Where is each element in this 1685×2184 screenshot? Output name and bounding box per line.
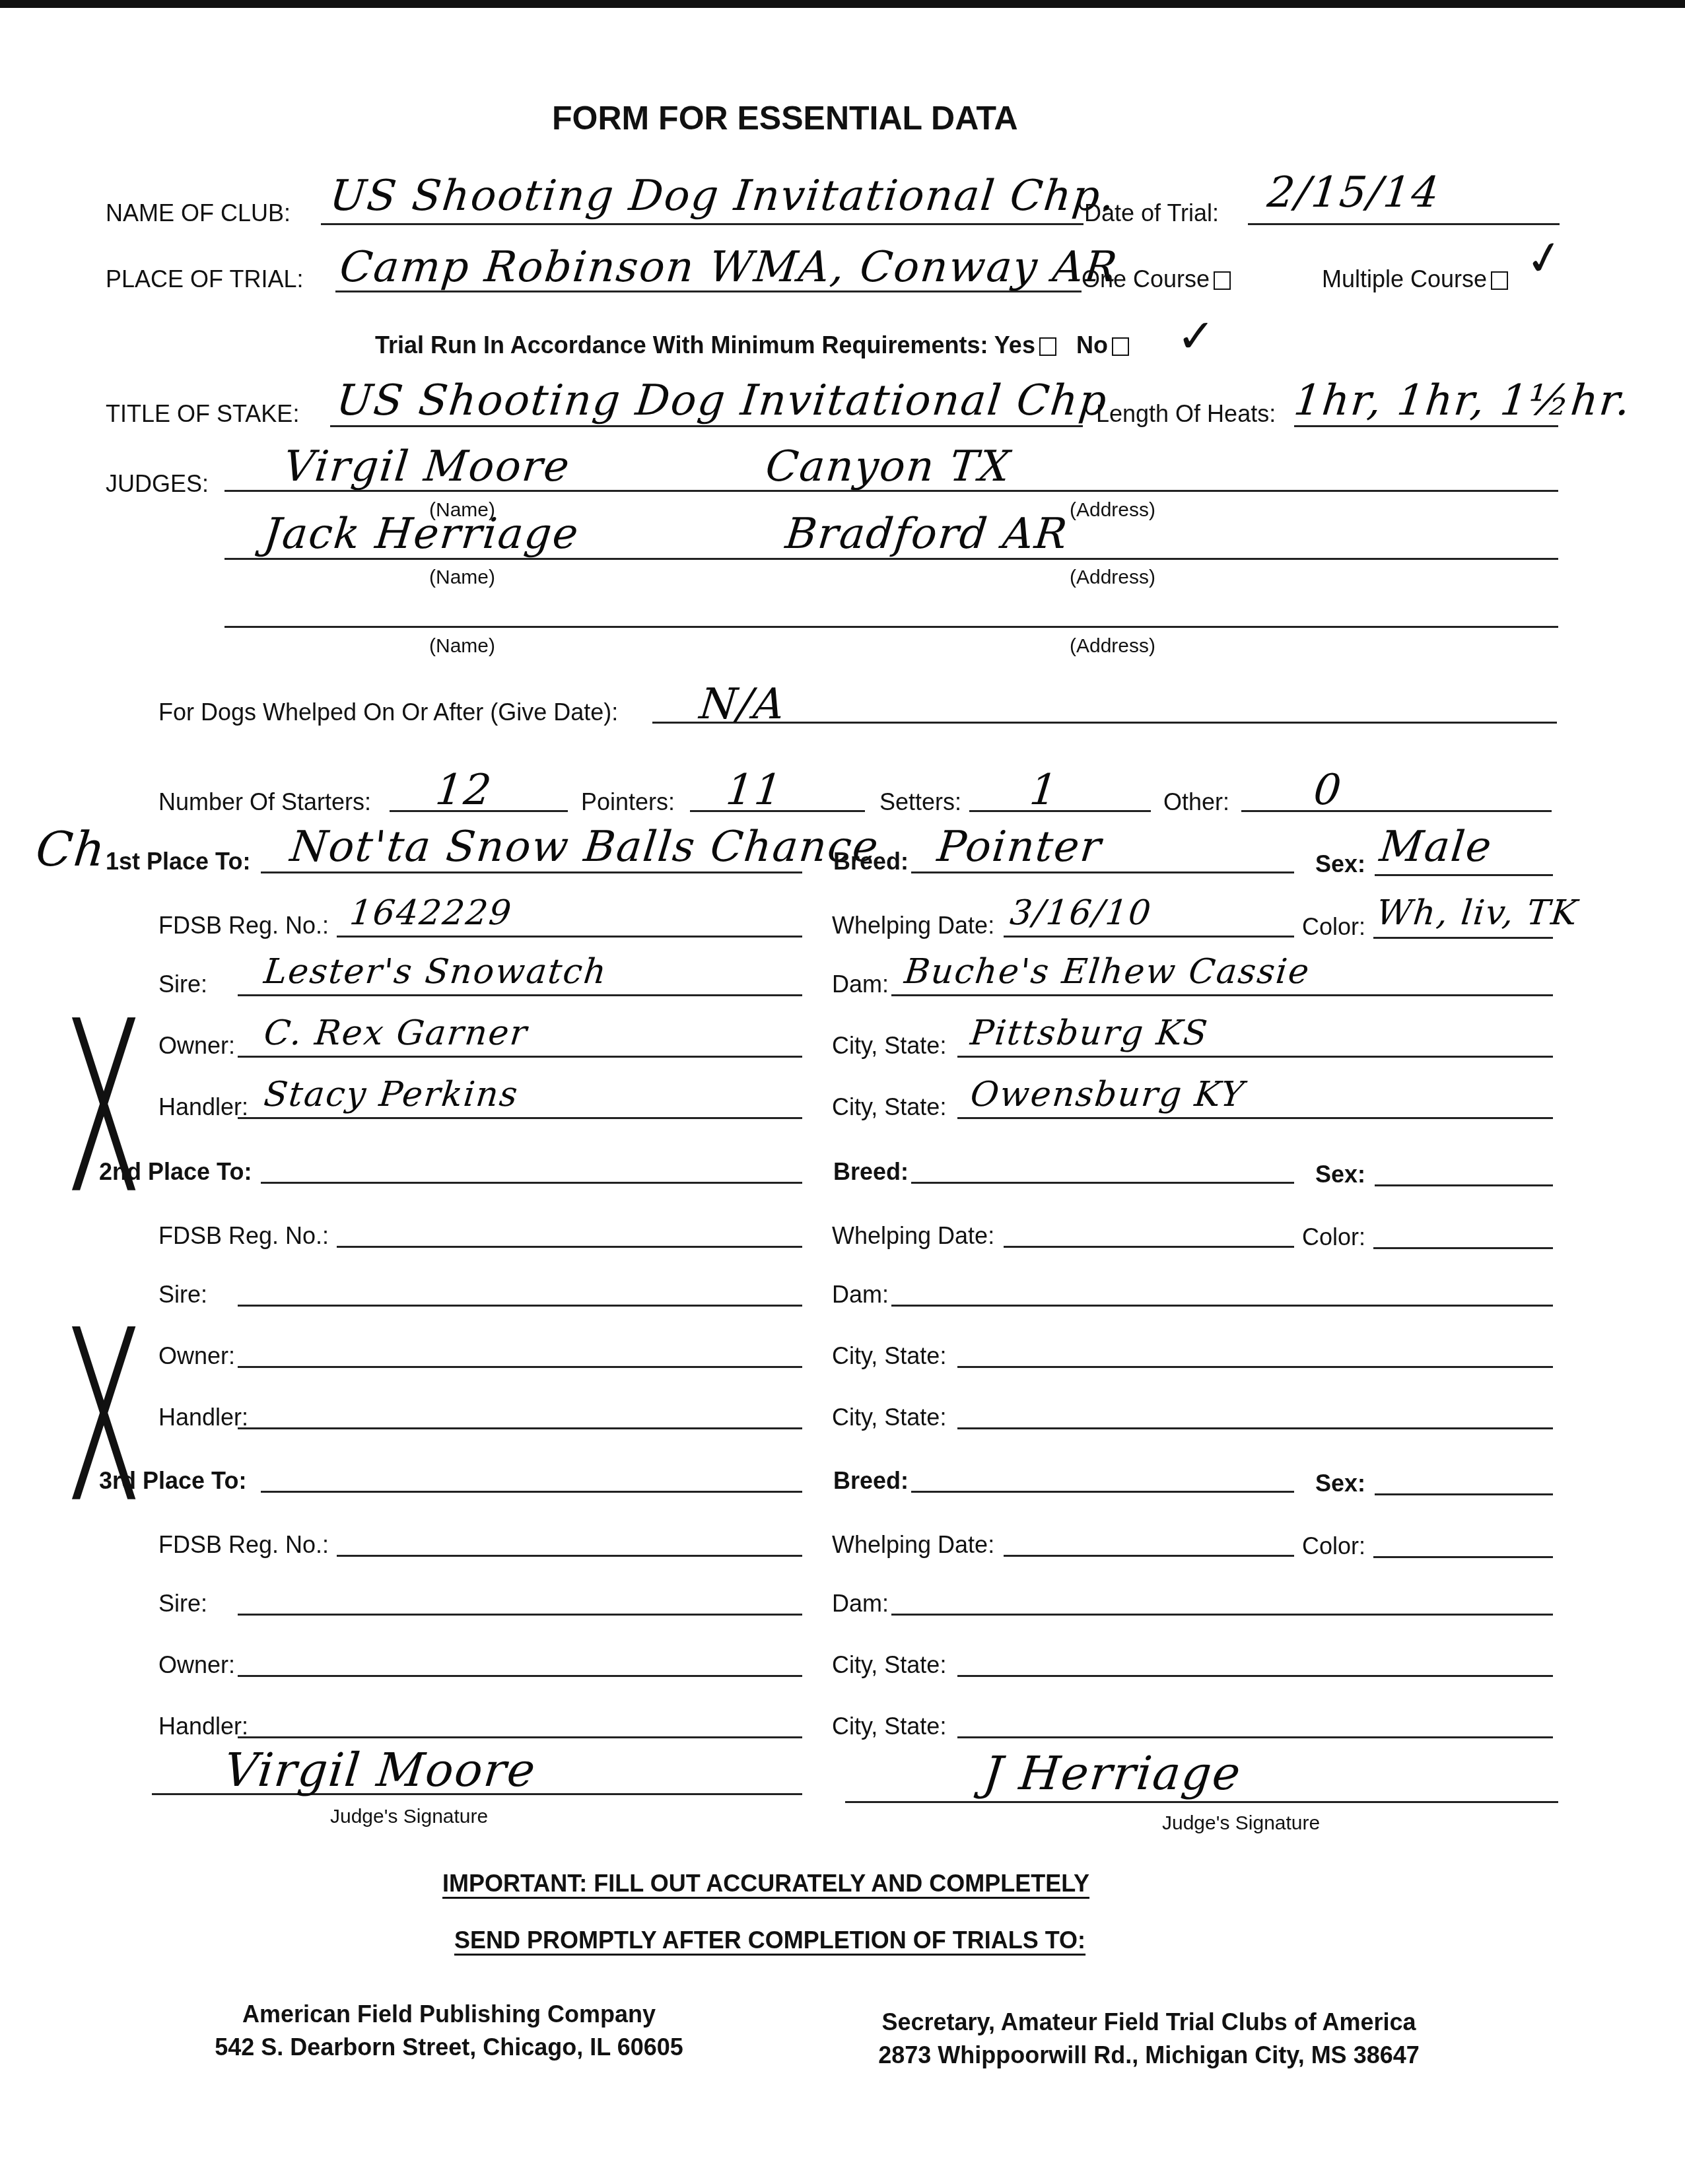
whelped-label: For Dogs Whelped On Or After (Give Date)…: [158, 699, 618, 726]
place-3-handler_city-line: [957, 1736, 1553, 1738]
other-label: Other:: [1163, 788, 1229, 816]
place-3-handler-line: [238, 1736, 802, 1738]
one-course-label: One Course: [1082, 265, 1210, 292]
judge-2-name-field[interactable]: Jack Herriage: [261, 510, 582, 559]
place-1-handler-line: [238, 1117, 802, 1119]
place-1-champion-note: Ch: [34, 821, 109, 877]
place-1-fdsb-field[interactable]: 1642229: [348, 893, 514, 933]
judge-1-address-field[interactable]: Canyon TX: [763, 442, 1014, 491]
publisher-address: 542 S. Dearborn Street, Chicago, IL 6060…: [185, 2033, 713, 2061]
judge-2-address-caption: (Address): [1070, 566, 1155, 589]
place-1-whelping-field[interactable]: 3/16/10: [1008, 893, 1154, 933]
place-1-owner-line: [238, 1056, 802, 1058]
whelped-line: [652, 722, 1557, 724]
place-3-crossed-out-mark-icon: ╳: [76, 1340, 131, 1488]
place-1-fdsb-line: [337, 936, 802, 938]
one-course-box[interactable]: [1214, 271, 1231, 290]
place-1-handler-label: Handler:: [158, 1093, 248, 1121]
place-3-color-line: [1373, 1556, 1553, 1558]
stake-line: [330, 425, 1083, 427]
place-3-color-label: Color:: [1302, 1532, 1365, 1560]
place-2-breed-line: [911, 1182, 1294, 1184]
place-1-sex-field[interactable]: Male: [1377, 823, 1495, 871]
scan-edge: [0, 0, 1685, 8]
stake-label: TITLE OF STAKE:: [106, 400, 299, 428]
yes-checkmark-icon: ✓: [1177, 309, 1216, 363]
place-1-dog-field[interactable]: Not'ta Snow Balls Chance: [288, 823, 881, 871]
place-1-fdsb-label: FDSB Reg. No.:: [158, 912, 329, 939]
place-2-sex-line: [1375, 1184, 1553, 1186]
place-3-handler_city-label: City, State:: [832, 1713, 946, 1740]
place-2-dam-label: Dam:: [832, 1281, 889, 1309]
no-label: No: [1076, 331, 1108, 358]
place-1-handler_city-field[interactable]: Owensburg KY: [969, 1075, 1247, 1114]
date-field[interactable]: 2/15/14: [1265, 168, 1442, 217]
publisher-name: American Field Publishing Company: [185, 2000, 713, 2028]
place-1-owner_city-line: [957, 1056, 1553, 1058]
place-2-handler_city-line: [957, 1427, 1553, 1429]
pointers-field[interactable]: 11: [724, 766, 785, 815]
place-field[interactable]: Camp Robinson WMA, Conway AR: [337, 243, 1120, 292]
place-2-fdsb-line: [337, 1246, 802, 1248]
signature-left-caption: Judge's Signature: [330, 1806, 488, 1828]
setters-label: Setters:: [879, 788, 961, 816]
place-1-color-field[interactable]: Wh, liv, TK: [1375, 893, 1580, 933]
place-2-handler-line: [238, 1427, 802, 1429]
place-2-owner-label: Owner:: [158, 1342, 235, 1370]
place-3-fdsb-line: [337, 1555, 802, 1557]
judge-1-name-field[interactable]: Virgil Moore: [281, 442, 572, 491]
place-3-owner-label: Owner:: [158, 1651, 235, 1679]
judge-3-line: [224, 626, 1558, 628]
club-field[interactable]: US Shooting Dog Invitational Chp.: [327, 172, 1118, 221]
multiple-course-checkmark-icon: ✓: [1521, 228, 1568, 289]
place-1-sex-label: Sex:: [1315, 850, 1365, 878]
place-3-fdsb-label: FDSB Reg. No.:: [158, 1531, 329, 1559]
judge-2-address-field[interactable]: Bradford AR: [783, 510, 1070, 559]
signature-left-field[interactable]: Virgil Moore: [222, 1743, 539, 1797]
date-line: [1248, 223, 1560, 225]
place-2-handler_city-label: City, State:: [832, 1404, 946, 1431]
secretary-address: 2873 Whippoorwill Rd., Michigan City, MS…: [852, 2041, 1446, 2069]
place-3-sex-line: [1375, 1493, 1553, 1495]
place-2-breed-label: Breed:: [833, 1158, 909, 1186]
stake-field[interactable]: US Shooting Dog Invitational Chp: [334, 376, 1110, 425]
place-2-owner-line: [238, 1366, 802, 1368]
place-1-dam-label: Dam:: [832, 971, 889, 998]
requirements-label: Trial Run In Accordance With Minimum Req…: [375, 331, 988, 358]
place-3-dam-line: [891, 1614, 1553, 1616]
pointers-label: Pointers:: [581, 788, 675, 816]
judge-1-address-caption: (Address): [1070, 499, 1155, 522]
place-1-label: 1st Place To:: [106, 848, 250, 875]
place-2-whelping-label: Whelping Date:: [832, 1222, 994, 1250]
place-3-sire-line: [238, 1614, 802, 1616]
important-note: IMPORTANT: FILL OUT ACCURATELY AND COMPL…: [442, 1870, 1089, 1897]
whelped-field[interactable]: N/A: [697, 680, 788, 729]
place-1-whelping-line: [1004, 936, 1294, 938]
place-3-sire-label: Sire:: [158, 1590, 207, 1618]
place-2-sire-line: [238, 1305, 802, 1307]
yes-checkbox[interactable]: [1039, 337, 1056, 356]
place-3-whelping-line: [1004, 1555, 1294, 1557]
multiple-course-box[interactable]: [1491, 271, 1508, 290]
place-2-fdsb-label: FDSB Reg. No.:: [158, 1222, 329, 1250]
place-1-owner-field[interactable]: C. Rex Garner: [262, 1013, 530, 1053]
no-checkbox[interactable]: [1112, 337, 1129, 356]
place-1-dam-field[interactable]: Buche's Elhew Cassie: [903, 952, 1312, 992]
place-1-breed-label: Breed:: [833, 848, 909, 875]
place-1-sire-field[interactable]: Lester's Snowatch: [262, 952, 609, 992]
setters-line: [969, 810, 1151, 812]
place-1-handler-field[interactable]: Stacy Perkins: [262, 1075, 520, 1114]
place-1-dog-line: [261, 871, 802, 873]
place-2-crossed-out-mark-icon: ╳: [76, 1031, 131, 1179]
requirements-row: Trial Run In Accordance With Minimum Req…: [375, 331, 1129, 359]
place-3-dog-line: [261, 1491, 802, 1493]
place-2-owner_city-line: [957, 1366, 1553, 1368]
place-3-owner_city-line: [957, 1675, 1553, 1677]
multiple-course-label: Multiple Course: [1322, 265, 1487, 292]
starters-label: Number Of Starters:: [158, 788, 371, 816]
place-1-owner-label: Owner:: [158, 1032, 235, 1060]
other-field[interactable]: 0: [1311, 766, 1344, 815]
place-2-color-label: Color:: [1302, 1223, 1365, 1251]
heats-line: [1294, 425, 1558, 427]
place-1-sex-line: [1375, 874, 1553, 876]
place-1-dam-line: [891, 994, 1553, 996]
place-3-owner_city-label: City, State:: [832, 1651, 946, 1679]
place-2-handler-label: Handler:: [158, 1404, 248, 1431]
place-2-owner_city-label: City, State:: [832, 1342, 946, 1370]
place-1-handler_city-label: City, State:: [832, 1093, 946, 1121]
place-3-whelping-label: Whelping Date:: [832, 1531, 994, 1559]
place-1-breed-line: [911, 871, 1294, 873]
secretary-name: Secretary, Amateur Field Trial Clubs of …: [852, 2008, 1446, 2036]
judge-3-address-caption: (Address): [1070, 635, 1155, 658]
club-line: [321, 223, 1083, 225]
date-label: Date of Trial:: [1084, 199, 1219, 227]
place-1-sire-line: [238, 994, 802, 996]
heats-field[interactable]: 1hr, 1hr, 1½hr.: [1291, 376, 1633, 425]
place-3-sex-label: Sex:: [1315, 1470, 1365, 1497]
place-1-handler_city-line: [957, 1117, 1553, 1119]
judges-label: JUDGES:: [106, 470, 209, 498]
place-2-dog-line: [261, 1182, 802, 1184]
yes-label: Yes: [994, 331, 1035, 358]
heats-label: Length Of Heats:: [1096, 400, 1276, 428]
place-1-color-label: Color:: [1302, 913, 1365, 941]
place-3-breed-line: [911, 1491, 1294, 1493]
other-line: [1241, 810, 1552, 812]
place-2-color-line: [1373, 1247, 1553, 1249]
place-3-dam-label: Dam:: [832, 1590, 889, 1618]
setters-field[interactable]: 1: [1027, 766, 1060, 815]
place-1-breed-field[interactable]: Pointer: [935, 823, 1105, 871]
place-1-color-line: [1373, 937, 1553, 939]
form-title: FORM FOR ESSENTIAL DATA: [552, 99, 1018, 137]
signature-right-caption: Judge's Signature: [1162, 1812, 1320, 1835]
place-2-sex-label: Sex:: [1315, 1161, 1365, 1188]
place-3-handler-label: Handler:: [158, 1713, 248, 1740]
multiple-course-checkbox[interactable]: Multiple Course: [1322, 265, 1508, 293]
place-1-sire-label: Sire:: [158, 971, 207, 998]
place-1-owner_city-label: City, State:: [832, 1032, 946, 1060]
send-note: SEND PROMPTLY AFTER COMPLETION OF TRIALS…: [454, 1927, 1085, 1954]
starters-field[interactable]: 12: [433, 766, 495, 815]
signature-right-line: [845, 1801, 1558, 1803]
place-2-dam-line: [891, 1305, 1553, 1307]
place-label: PLACE OF TRIAL:: [106, 265, 303, 293]
one-course-checkbox[interactable]: One Course: [1082, 265, 1231, 293]
signature-right-field[interactable]: J Herriage: [981, 1746, 1245, 1800]
place-1-owner_city-field[interactable]: Pittsburg KS: [969, 1013, 1210, 1053]
judge-3-name-caption: (Name): [429, 635, 495, 658]
place-3-breed-label: Breed:: [833, 1467, 909, 1495]
judge-2-name-caption: (Name): [429, 566, 495, 589]
place-1-whelping-label: Whelping Date:: [832, 912, 994, 939]
club-label: NAME OF CLUB:: [106, 199, 291, 227]
place-2-whelping-line: [1004, 1246, 1294, 1248]
place-2-sire-label: Sire:: [158, 1281, 207, 1309]
place-3-owner-line: [238, 1675, 802, 1677]
